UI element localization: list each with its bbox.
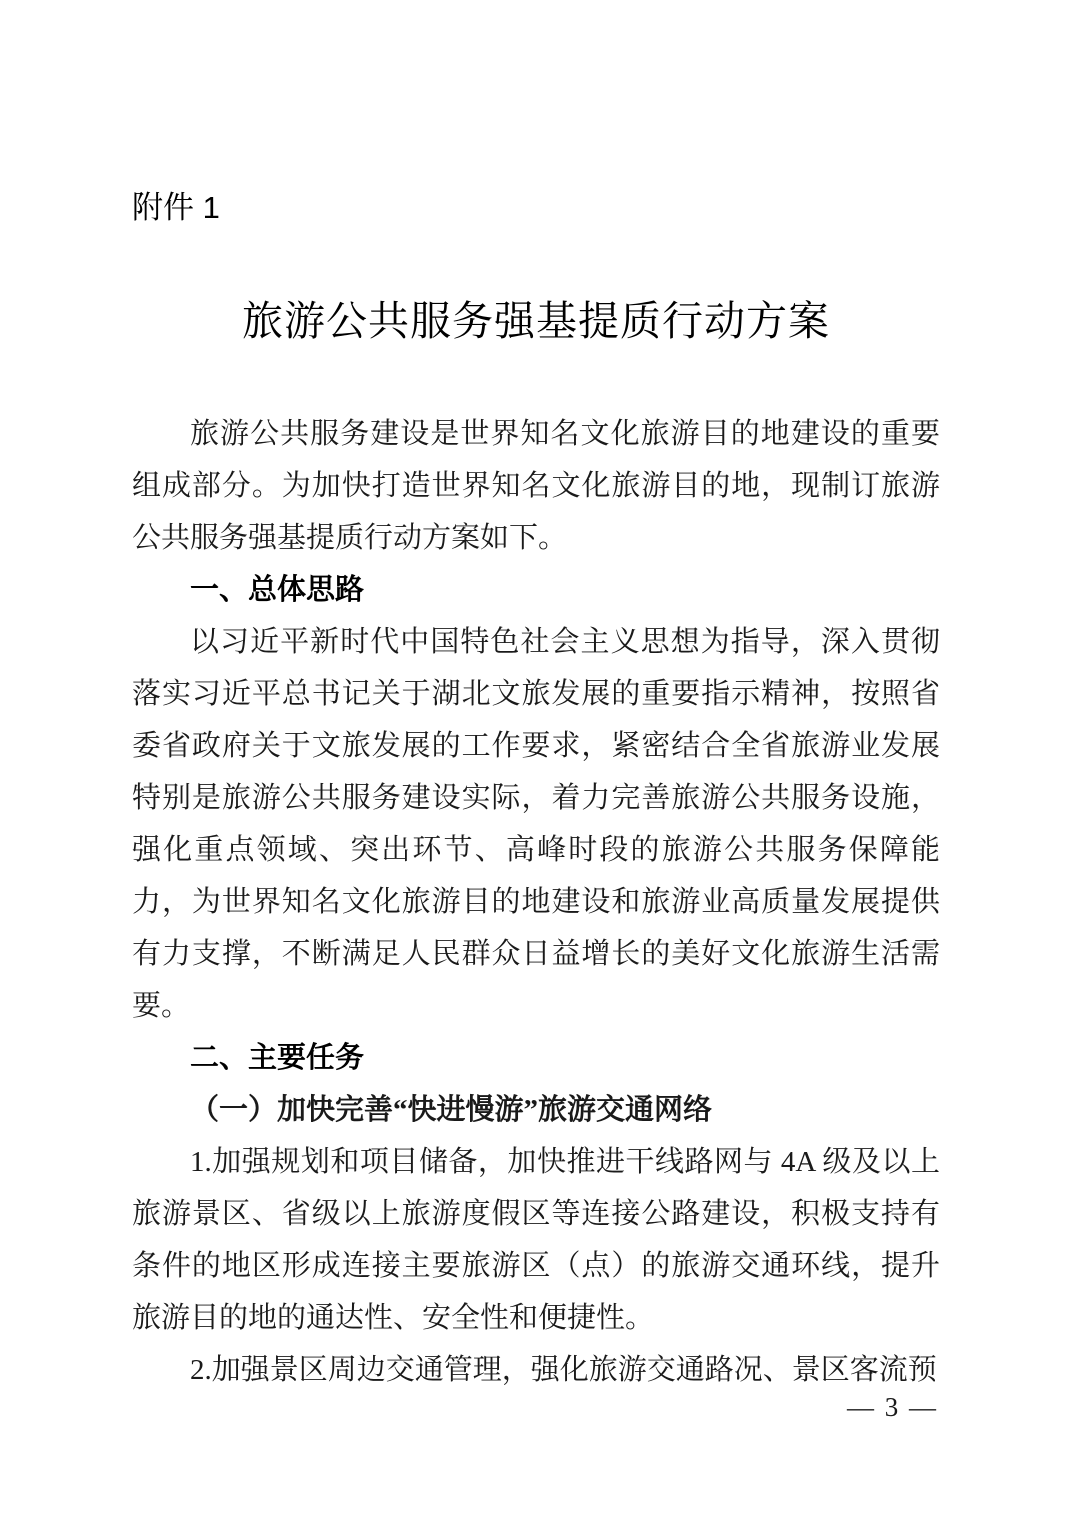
task-1-paragraph: 1.加强规划和项目储备，加快推进干线路网与 4A 级及以上旅游景区、省级以上旅游… xyxy=(132,1136,940,1344)
document-page: 附件 1 旅游公共服务强基提质行动方案 旅游公共服务建设是世界知名文化旅游目的地… xyxy=(0,0,1074,1520)
section-1-heading: 一、总体思路 xyxy=(132,564,940,616)
section-1-paragraph: 以习近平新时代中国特色社会主义思想为指导，深入贯彻落实习近平总书记关于湖北文旅发… xyxy=(132,616,940,1032)
subsection-1-heading: （一）加快完善“快进慢游”旅游交通网络 xyxy=(132,1084,940,1136)
attachment-label: 附件 1 xyxy=(132,188,940,228)
document-content: 附件 1 旅游公共服务强基提质行动方案 旅游公共服务建设是世界知名文化旅游目的地… xyxy=(0,0,1074,1396)
section-2-heading: 二、主要任务 xyxy=(132,1032,940,1084)
task-2-paragraph: 2.加强景区周边交通管理，强化旅游交通路况、景区客流预 xyxy=(132,1344,940,1396)
document-title: 旅游公共服务强基提质行动方案 xyxy=(132,292,940,350)
page-number: — 3 — xyxy=(847,1390,938,1424)
intro-paragraph: 旅游公共服务建设是世界知名文化旅游目的地建设的重要组成部分。为加快打造世界知名文… xyxy=(132,408,940,564)
